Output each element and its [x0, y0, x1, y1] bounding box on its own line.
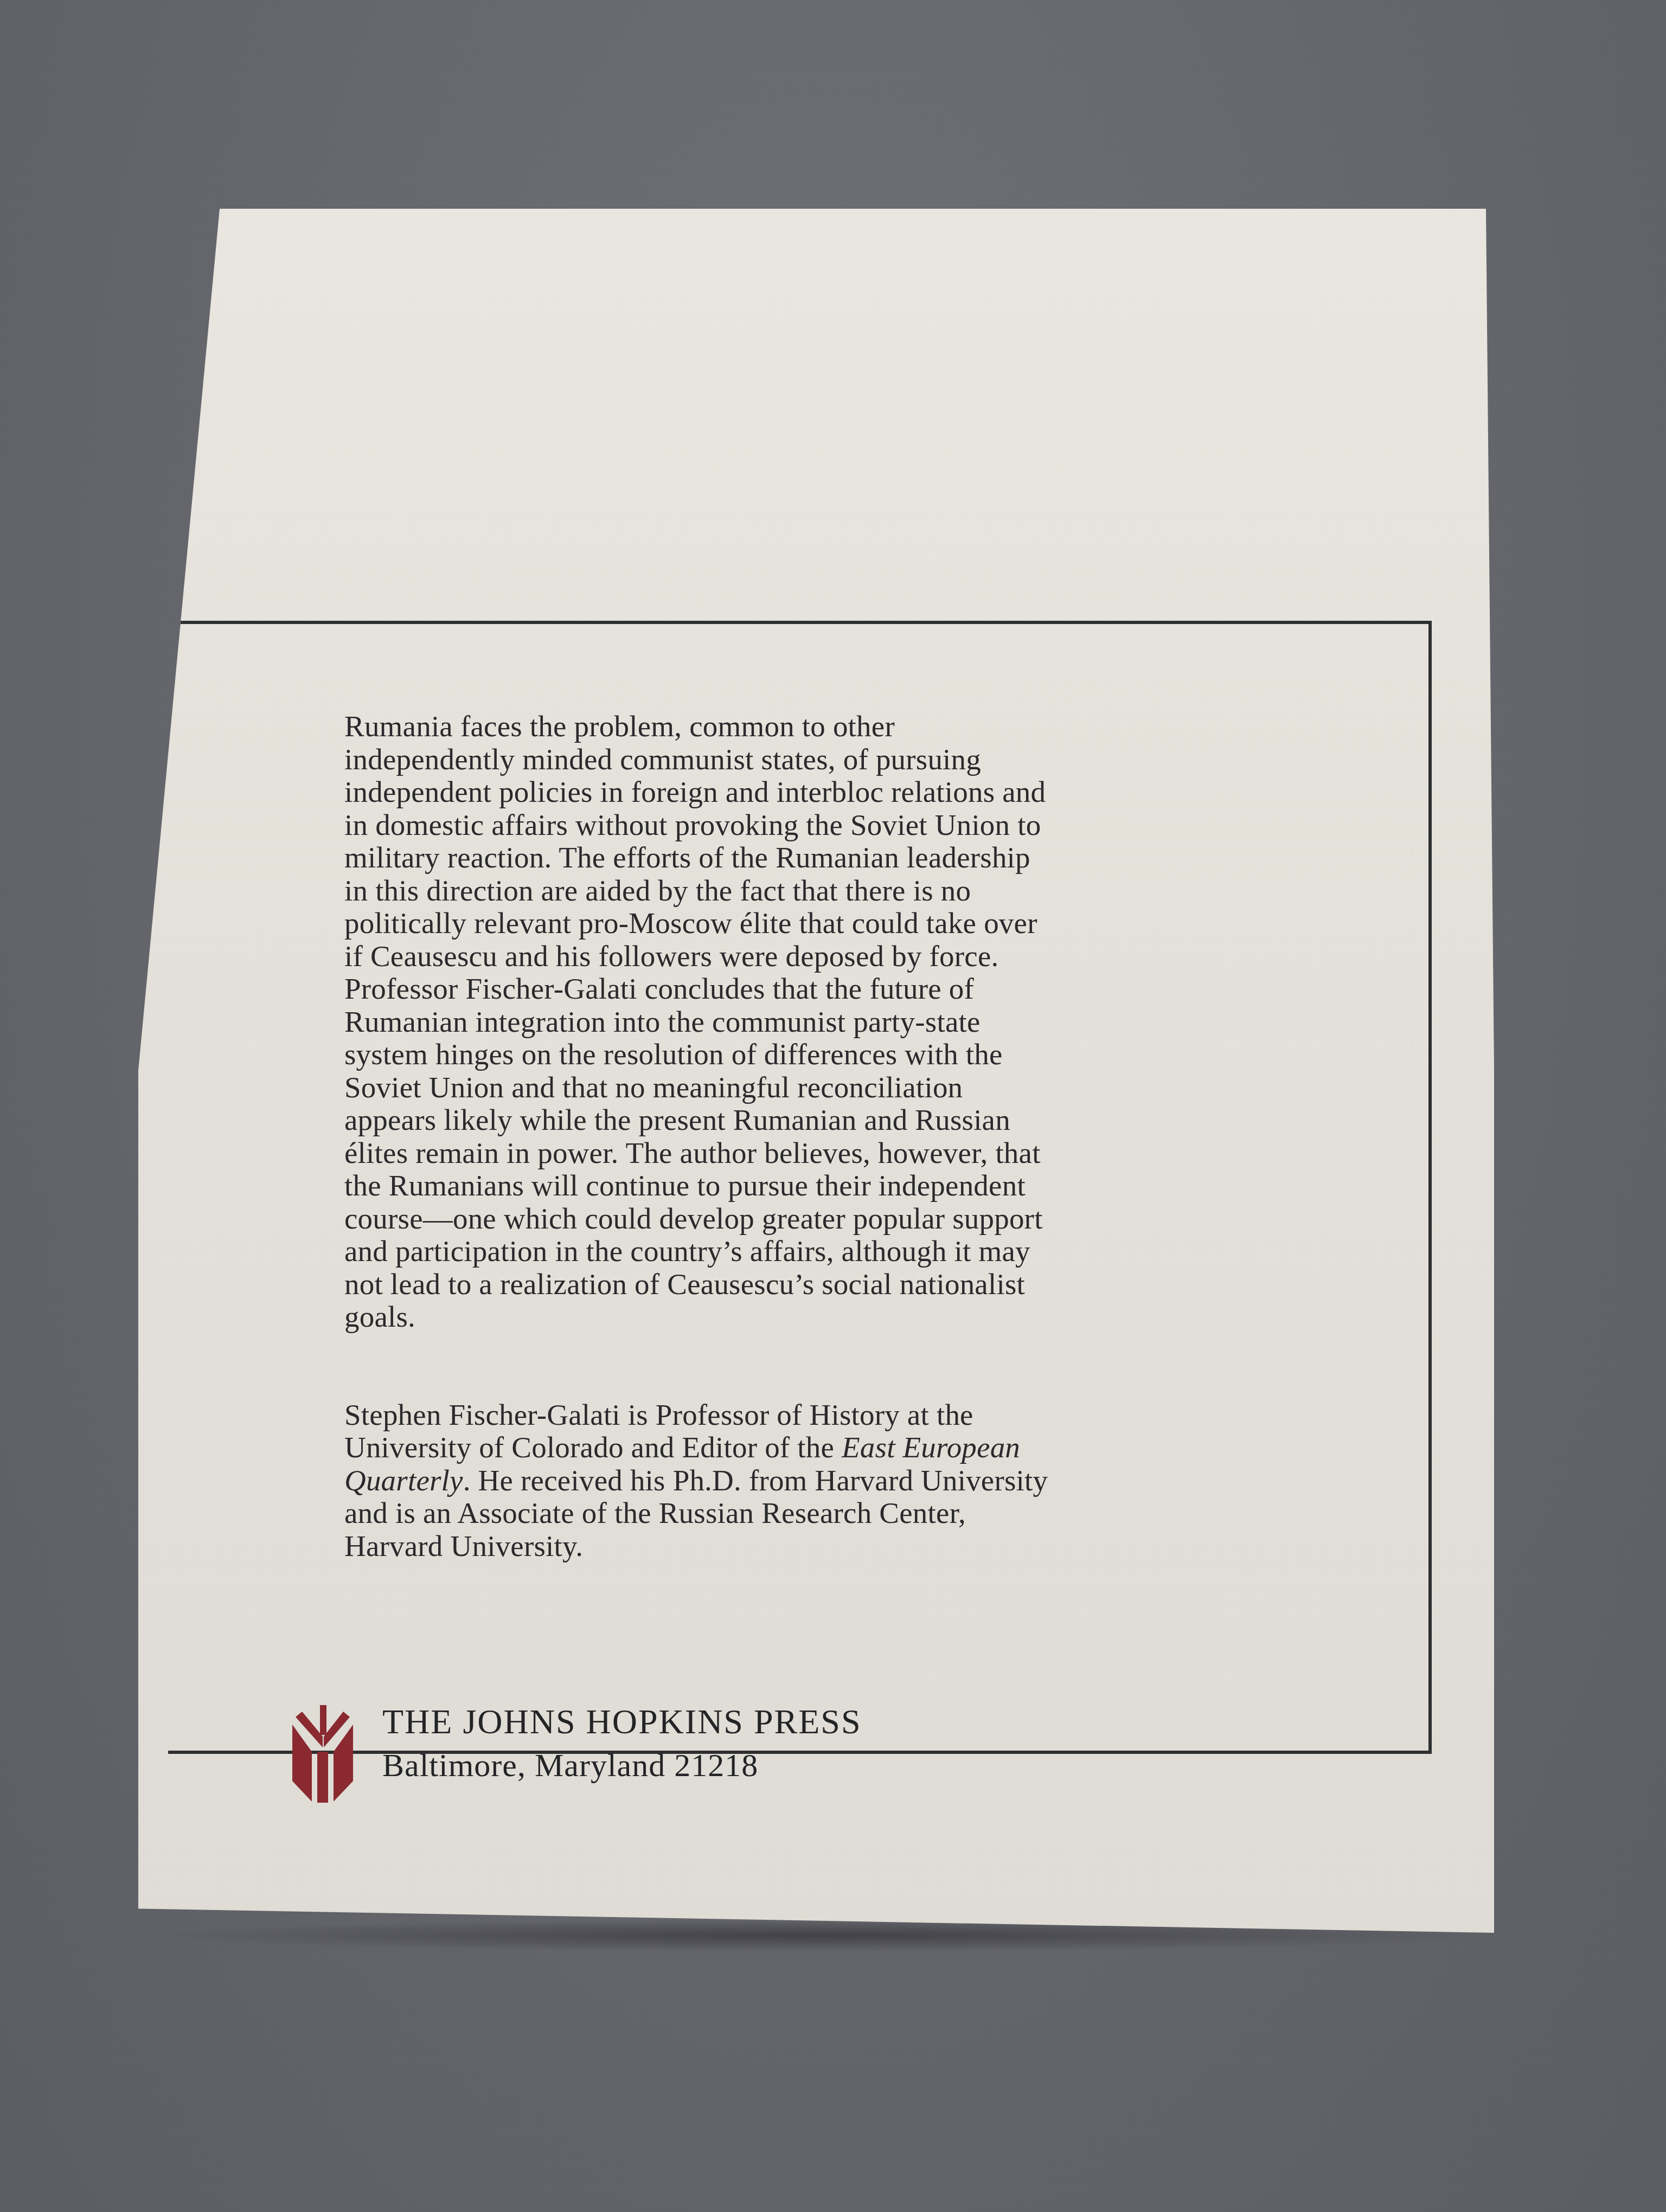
publisher-address: Baltimore, Maryland 21218	[382, 1744, 862, 1786]
publisher-imprint: THE JOHNS HOPKINS PRESS Baltimore, Maryl…	[290, 1700, 862, 1803]
publisher-name: THE JOHNS HOPKINS PRESS	[382, 1700, 862, 1744]
blurb-text: Rumania faces the problem, common to oth…	[344, 710, 1321, 1562]
book-back-cover: Rumania faces the problem, common to oth…	[138, 209, 1494, 1933]
description-paragraph: Rumania faces the problem, common to oth…	[344, 710, 1321, 1334]
author-bio: Stephen Fischer-Galati is Professor of H…	[344, 1399, 1321, 1563]
book-tree-logo-icon	[290, 1705, 355, 1803]
